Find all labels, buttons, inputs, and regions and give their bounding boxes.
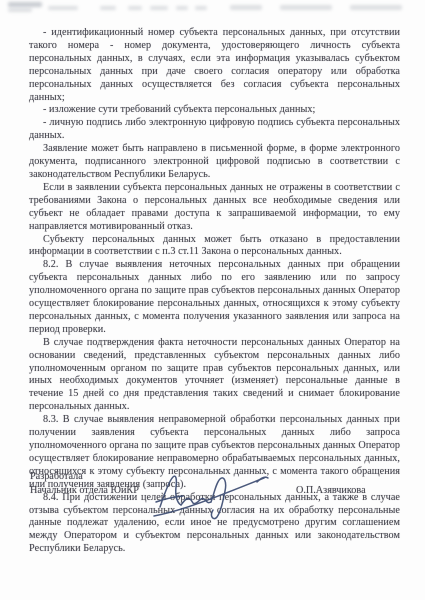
paragraph: Если в заявлении субъекта персональных д… — [29, 182, 400, 234]
scan-artifact — [8, 8, 32, 12]
scan-artifact — [176, 6, 188, 10]
scan-artifact — [48, 6, 78, 10]
document-page: - идентификационный номер субъекта персо… — [0, 0, 425, 600]
scan-artifact — [128, 6, 142, 10]
paragraph: В случае подтверждения факта неточности … — [29, 337, 400, 414]
developer-name: О.П.Азявчикова — [296, 484, 366, 497]
scan-artifact — [8, 2, 42, 7]
scan-artifact — [350, 5, 402, 10]
paragraph: - личную подпись либо электронную цифров… — [29, 117, 400, 143]
developed-by-label: Разработала — [30, 470, 83, 483]
paragraph: - идентификационный номер субъекта персо… — [29, 27, 400, 104]
paragraph: 8.2. В случае выявления неточных персона… — [29, 259, 400, 336]
paragraph: - изложение сути требований субъекта пер… — [29, 104, 400, 117]
scan-artifact — [100, 6, 116, 10]
scan-artifact — [280, 5, 332, 10]
scan-artifact — [230, 5, 262, 10]
developer-title: Начальник отдела ЮиКР — [30, 484, 139, 497]
scan-artifact — [195, 6, 207, 10]
paragraph: Заявление может быть направлено в письме… — [29, 143, 400, 182]
paragraph: Субъекту персональных данных может быть … — [29, 234, 400, 260]
scan-artifact — [150, 6, 168, 10]
handwritten-signature-icon — [146, 457, 274, 525]
